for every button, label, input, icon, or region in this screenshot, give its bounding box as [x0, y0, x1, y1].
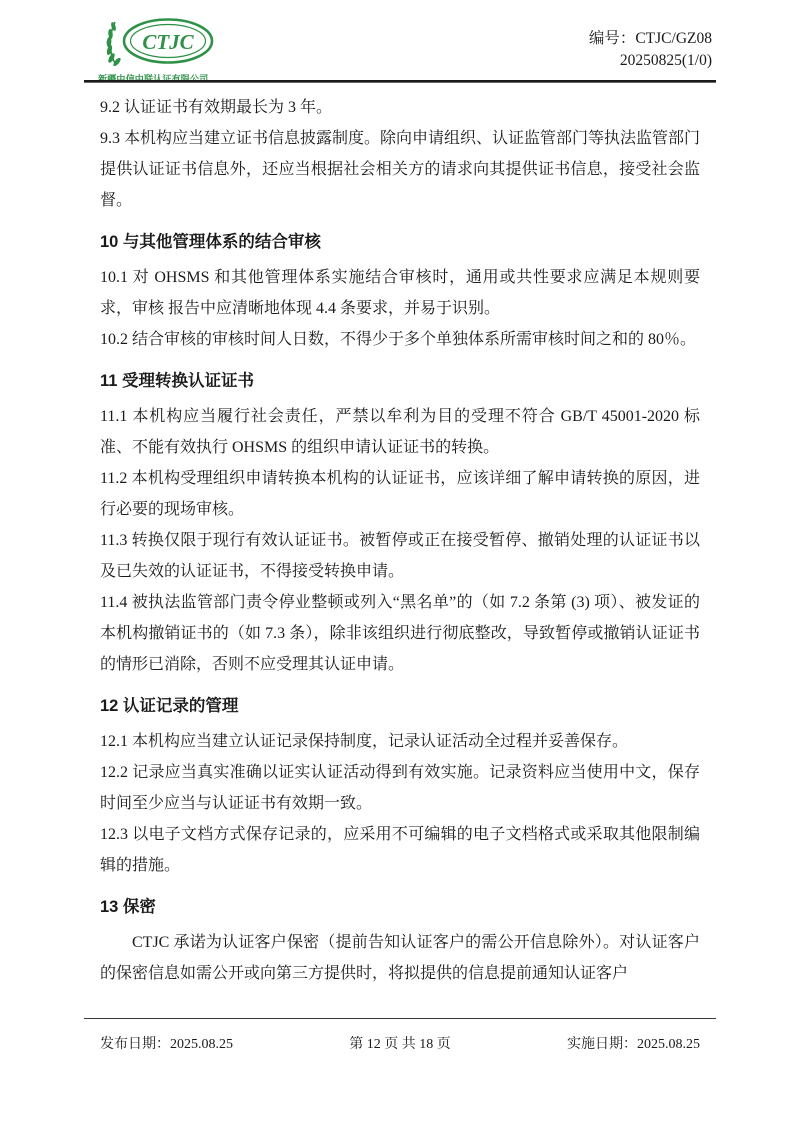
paragraph: 11.3 转换仅限于现行有效认证证书。被暂停或正在接受暂停、撤销处理的认证证书以…	[100, 525, 700, 587]
implementation-date: 实施日期：2025.08.25	[567, 1033, 700, 1053]
company-logo: CTJC 新疆中信中联认证有限公司	[98, 18, 218, 85]
implementation-date-label: 实施日期：	[567, 1037, 637, 1052]
section-heading: 13 保密	[100, 892, 700, 923]
implementation-date-value: 2025.08.25	[637, 1037, 700, 1052]
paragraph: 9.3 本机构应当建立证书信息披露制度。除向申请组织、认证监管部门等执法监管部门…	[100, 123, 700, 216]
paragraph: 10.2 结合审核的审核时间人日数，不得少于多个单独体系所需审核时间之和的 80…	[100, 324, 700, 355]
company-name: 新疆中信中联认证有限公司	[98, 72, 218, 85]
release-date-value: 2025.08.25	[170, 1037, 233, 1052]
doc-number-code: CTJC/GZ08	[635, 30, 712, 47]
doc-number-line: 编号：CTJC/GZ08	[589, 28, 712, 50]
section-heading: 12 认证记录的管理	[100, 691, 700, 722]
paragraph: 11.2 本机构受理组织申请转换本机构的认证证书，应该详细了解申请转换的原因，进…	[100, 463, 700, 525]
wheat-ellipse-ctjc-logo-icon: CTJC	[98, 18, 216, 66]
release-date-label: 发布日期：	[100, 1037, 170, 1052]
paragraph: 11.1 本机构应当履行社会责任，严禁以牟利为目的受理不符合 GB/T 4500…	[100, 401, 700, 463]
document-footer: 发布日期：2025.08.25 第 12 页 共 18 页 实施日期：2025.…	[100, 1033, 700, 1053]
doc-number-label: 编号：	[589, 30, 636, 47]
document-page: CTJC 新疆中信中联认证有限公司 编号：CTJC/GZ08 20250825(…	[0, 0, 800, 1130]
paragraph: 12.2 记录应当真实准确以证实认证活动得到有效实施。记录资料应当使用中文，保存…	[100, 757, 700, 819]
paragraph: 11.4 被执法监管部门责令停业整顿或列入“黑名单”的（如 7.2 条第 (3)…	[100, 587, 700, 680]
paragraph: 12.1 本机构应当建立认证记录保持制度，记录认证活动全过程并妥善保存。	[100, 726, 700, 757]
header-divider	[84, 80, 716, 83]
section-heading: 10 与其他管理体系的结合审核	[100, 227, 700, 258]
paragraph: 9.2 认证证书有效期最长为 3 年。	[100, 92, 700, 123]
footer-divider	[84, 1018, 716, 1019]
document-body: 9.2 认证证书有效期最长为 3 年。9.3 本机构应当建立证书信息披露制度。除…	[100, 92, 700, 989]
doc-number-block: 编号：CTJC/GZ08 20250825(1/0)	[589, 28, 712, 72]
document-header: CTJC 新疆中信中联认证有限公司 编号：CTJC/GZ08 20250825(…	[98, 18, 712, 85]
page-number: 第 12 页 共 18 页	[349, 1033, 451, 1053]
section-heading: 11 受理转换认证证书	[100, 366, 700, 397]
paragraph: 10.1 对 OHSMS 和其他管理体系实施结合审核时，通用或共性要求应满足本规…	[100, 262, 700, 324]
release-date: 发布日期：2025.08.25	[100, 1033, 233, 1053]
paragraph: CTJC 承诺为认证客户保密（提前告知认证客户的需公开信息除外）。对认证客户的保…	[100, 927, 700, 989]
logo-acronym: CTJC	[142, 30, 194, 54]
paragraph: 12.3 以电子文档方式保存记录的，应采用不可编辑的电子文档格式或采取其他限制编…	[100, 819, 700, 881]
doc-revision: 20250825(1/0)	[589, 50, 712, 72]
